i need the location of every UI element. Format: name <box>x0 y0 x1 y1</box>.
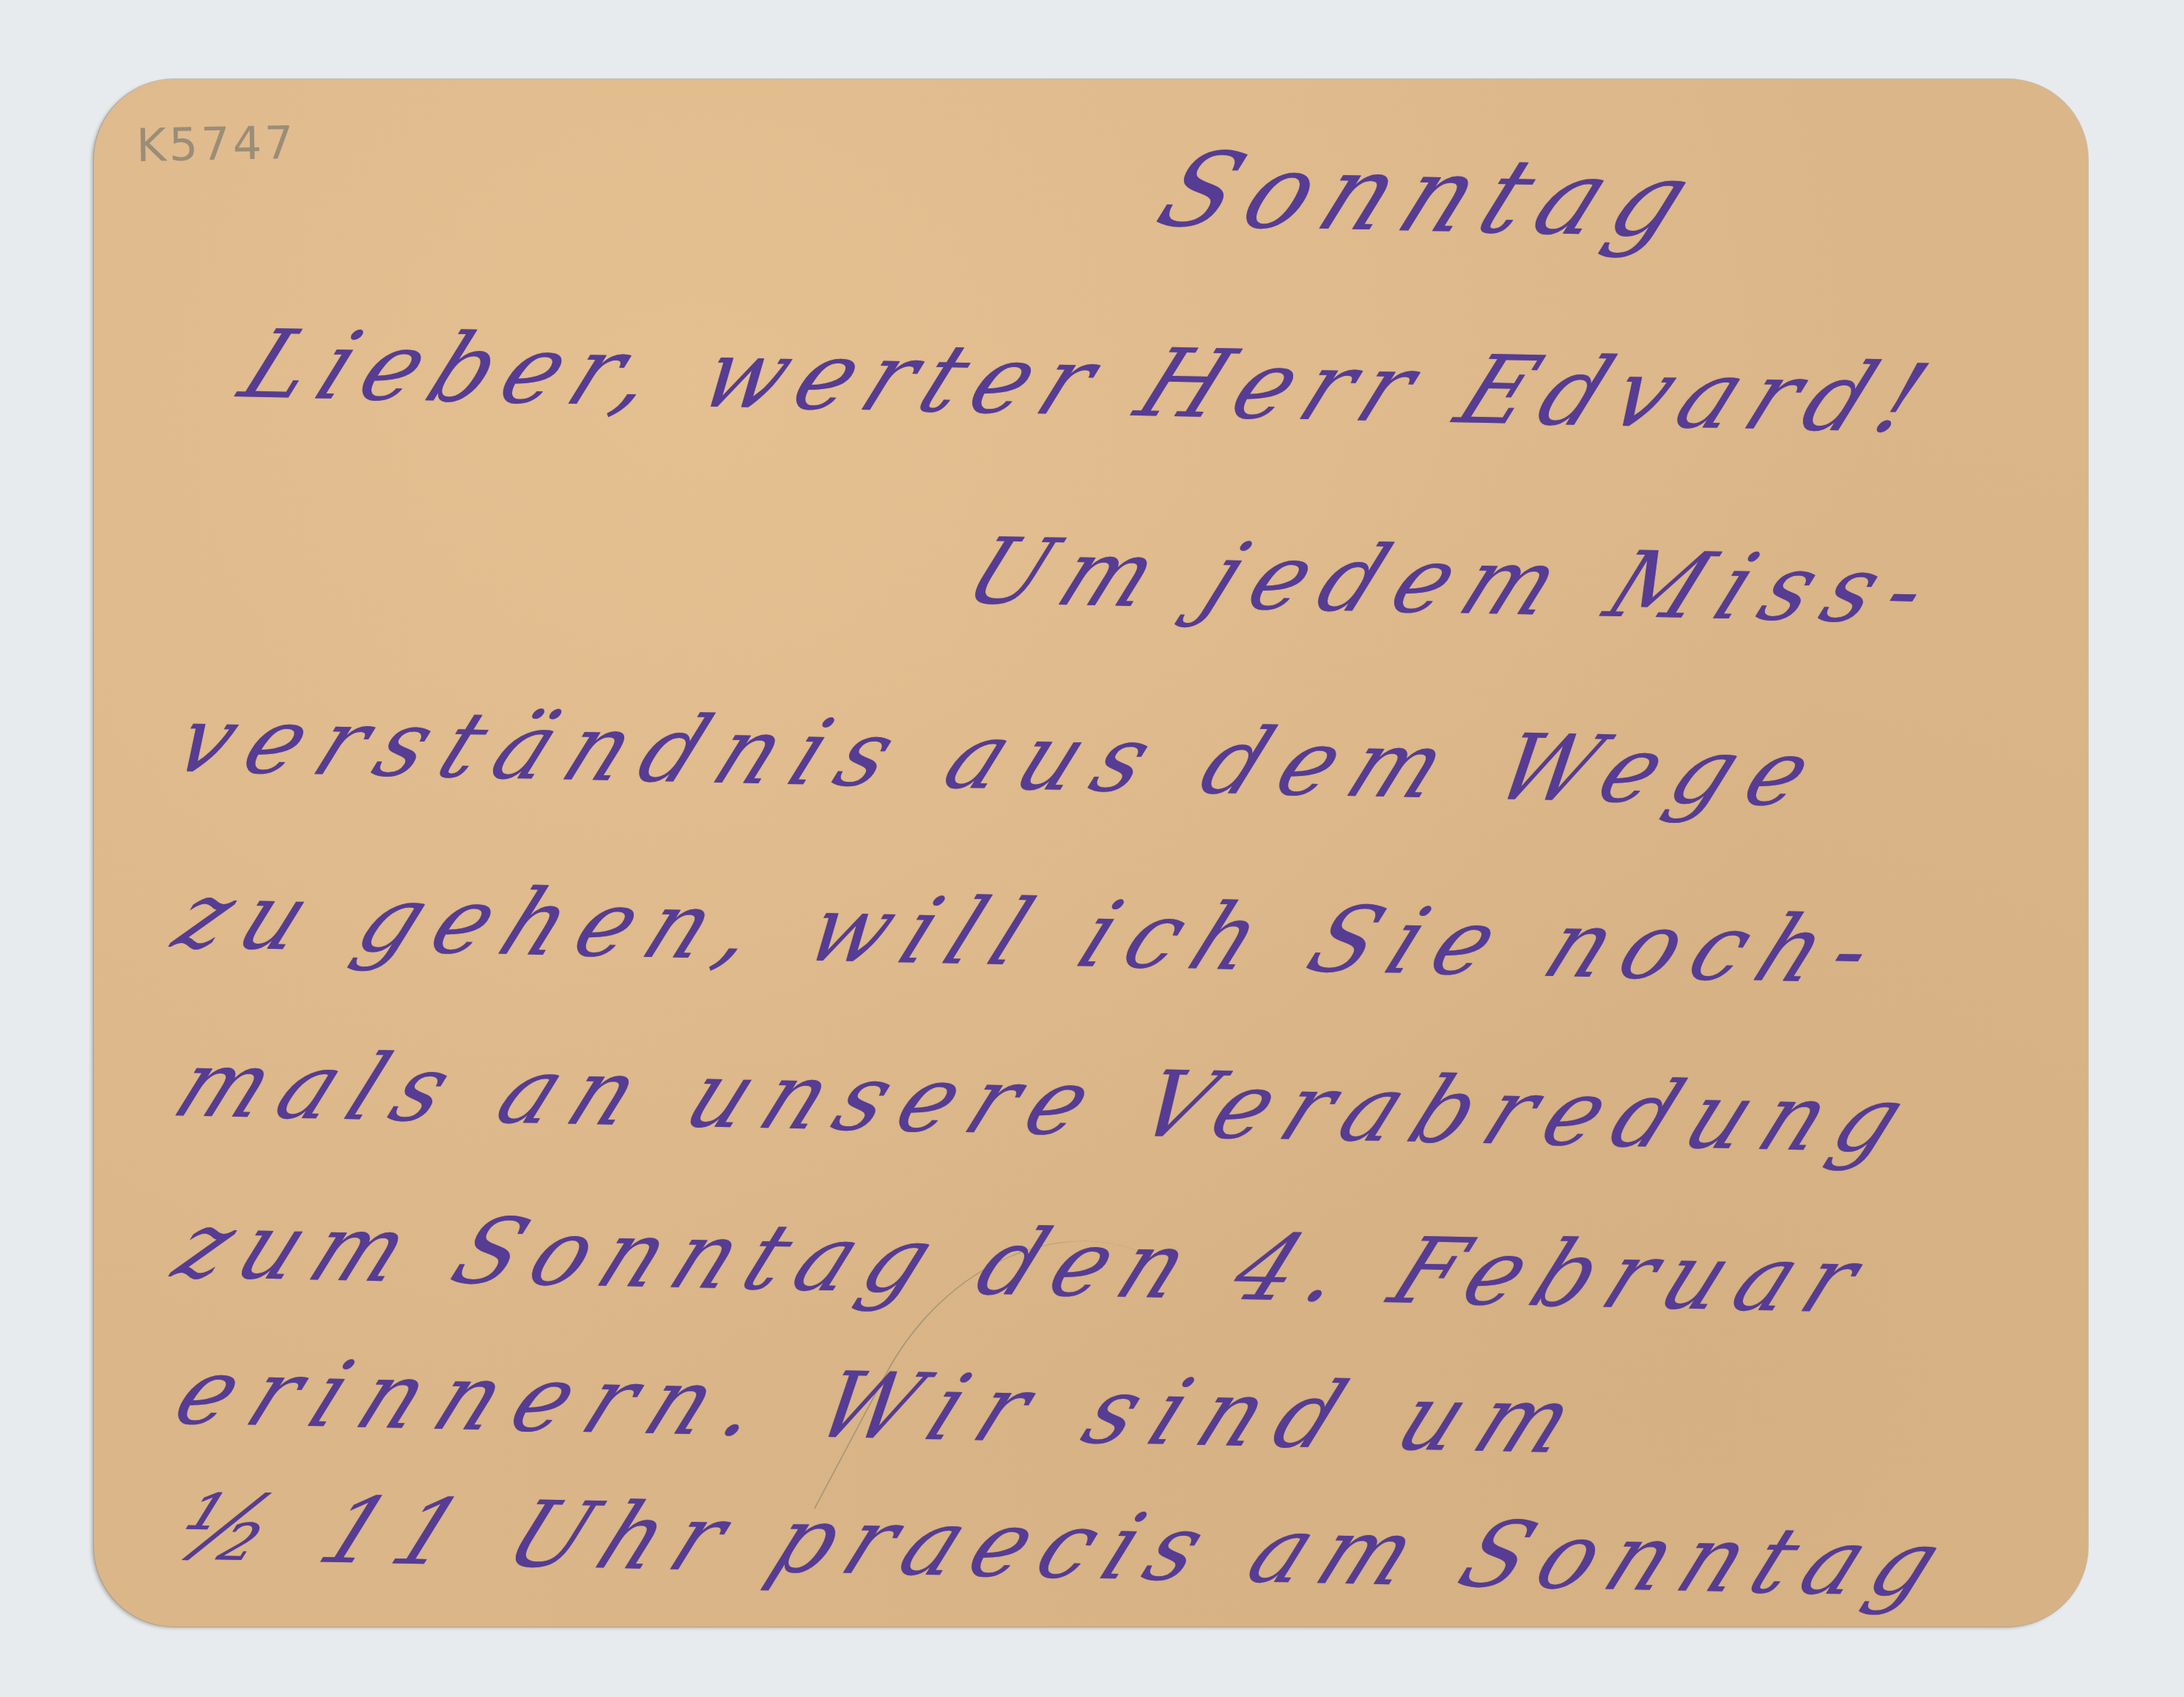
body-line: zu gehen, will ich Sie noch- <box>160 863 1905 1005</box>
body-line: verständnis aus dem Wege <box>160 687 1845 827</box>
catalog-number: K5747 <box>136 116 297 172</box>
salutation: Lieber, werter Herr Edvard! <box>226 310 1956 455</box>
body-line: ½ 11 Uhr praecis am Sonntag <box>160 1475 1970 1618</box>
body-line: mals an unsere Verabredung <box>160 1032 1936 1174</box>
postcard: K5747 Sonntag Lieber, werter Herr Edvard… <box>94 79 2088 1627</box>
body-line: erinnern. Wir sind um <box>160 1339 1608 1474</box>
day-heading: Sonntag <box>1141 130 1722 261</box>
body-line: zum Sonntag den 4. Februar <box>160 1193 1888 1334</box>
body-line: Um jedem Miss- <box>951 519 1960 645</box>
